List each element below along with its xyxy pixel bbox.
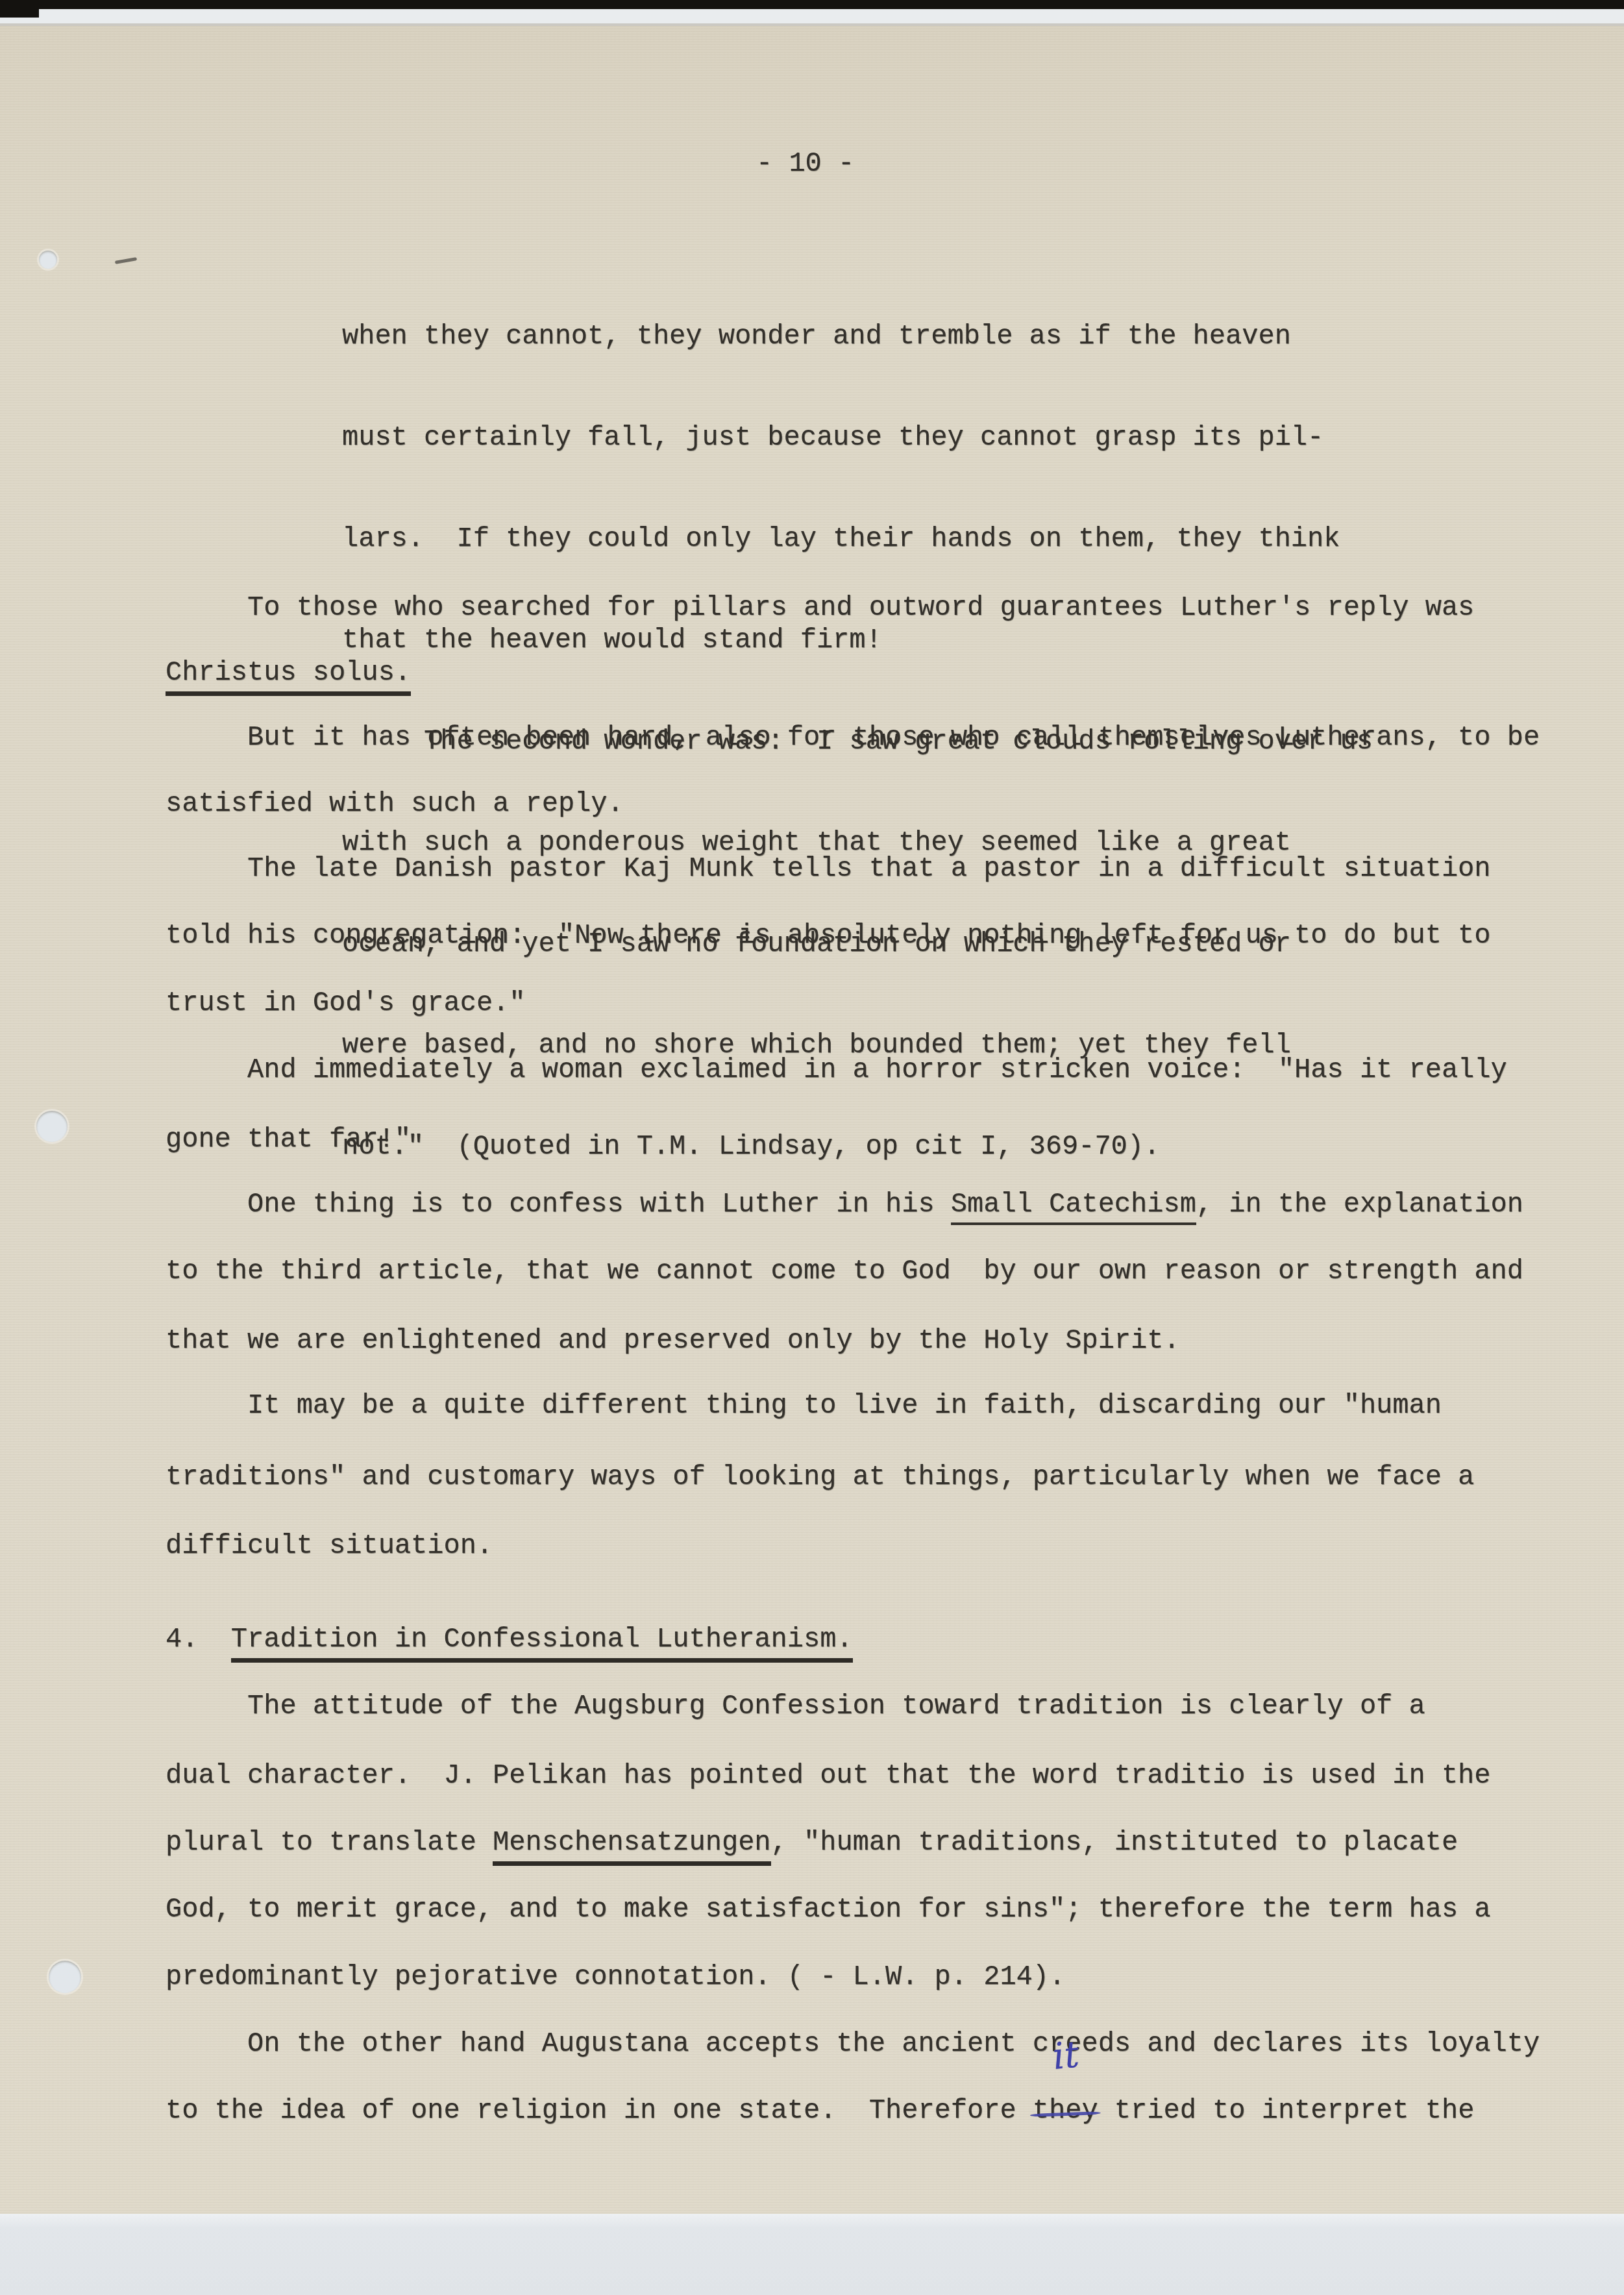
typed-line: to the third article, that we cannot com… bbox=[166, 1254, 1523, 1288]
pen-struck-word: they bbox=[1033, 2095, 1098, 2126]
typed-line: One thing is to confess with Luther in h… bbox=[166, 1187, 1523, 1221]
underlined-phrase: Menschensatzungen bbox=[493, 1827, 770, 1866]
scanner-bed-bottom bbox=[0, 2214, 1624, 2295]
typed-line: And immediately a woman exclaimed in a h… bbox=[166, 1053, 1507, 1087]
quote-line: not." (Quoted in T.M. Lindsay, op cit I,… bbox=[342, 1130, 1373, 1163]
typed-line: told his congregation: "Now there is abs… bbox=[166, 919, 1491, 952]
line-text: , "human traditions, instituted to placa… bbox=[771, 1827, 1458, 1858]
underlined-phrase: Christus solus. bbox=[166, 657, 411, 696]
punch-hole bbox=[39, 251, 57, 269]
typed-line: But it has often been hard, also for tho… bbox=[166, 721, 1540, 754]
typed-line: dual character. J. Pelikan has pointed o… bbox=[166, 1759, 1491, 1793]
scan-edge-strip bbox=[0, 0, 1624, 9]
typed-line: The attitude of the Augsburg Confession … bbox=[166, 1689, 1425, 1723]
punch-hole bbox=[49, 1961, 81, 1993]
typed-line: Christus solus. bbox=[166, 656, 411, 689]
quote-line: when they cannot, they wonder and trembl… bbox=[342, 319, 1373, 353]
typed-line: plural to translate Menschensatzungen, "… bbox=[166, 1826, 1458, 1859]
line-text: to the idea of one religion in one state… bbox=[166, 2095, 1033, 2126]
page-number: - 10 - bbox=[756, 147, 854, 180]
line-text: One thing is to confess with Luther in h… bbox=[166, 1189, 951, 1220]
section-heading: 4. Tradition in Confessional Lutheranism… bbox=[166, 1622, 853, 1656]
typed-line: The late Danish pastor Kaj Munk tells th… bbox=[166, 852, 1491, 886]
handwritten-correction: it bbox=[1051, 2033, 1081, 2078]
typed-line: God, to merit grace, and to make satisfa… bbox=[166, 1892, 1491, 1926]
underlined-phrase: Small Catechism bbox=[951, 1189, 1196, 1225]
typed-line: traditions" and customary ways of lookin… bbox=[166, 1460, 1474, 1494]
line-text: tried to interpret the bbox=[1098, 2095, 1475, 2126]
typed-line: trust in God's grace." bbox=[166, 986, 526, 1020]
typed-line: gone that far!" bbox=[166, 1123, 411, 1156]
section-title: Tradition in Confessional Lutheranism. bbox=[231, 1624, 853, 1663]
quote-line: lars. If they could only lay their hands… bbox=[342, 522, 1373, 556]
line-text: plural to translate bbox=[166, 1827, 493, 1858]
scan-edge-corner bbox=[0, 0, 39, 18]
quote-line: must certainly fall, just because they c… bbox=[342, 421, 1373, 454]
quote-line: that the heaven would stand firm! bbox=[342, 623, 1373, 657]
typed-line: On the other hand Augustana accepts the … bbox=[166, 2027, 1540, 2061]
typed-line: predominantly pejorative connotation. ( … bbox=[166, 1960, 1065, 1994]
section-number: 4. bbox=[166, 1624, 231, 1655]
punch-hole bbox=[36, 1111, 68, 1142]
typed-line: satisfied with such a reply. bbox=[166, 787, 624, 821]
typed-line: to the idea of one religion in one state… bbox=[166, 2094, 1474, 2128]
typed-line: It may be a quite different thing to liv… bbox=[166, 1389, 1442, 1422]
line-text: , in the explanation bbox=[1196, 1189, 1523, 1220]
typed-line: difficult situation. bbox=[166, 1529, 493, 1563]
scanned-page: - 10 - when they cannot, they wonder and… bbox=[0, 0, 1624, 2295]
typed-line: To those who searched for pillars and ou… bbox=[166, 591, 1474, 625]
typed-line: that we are enlightened and preserved on… bbox=[166, 1324, 1180, 1358]
